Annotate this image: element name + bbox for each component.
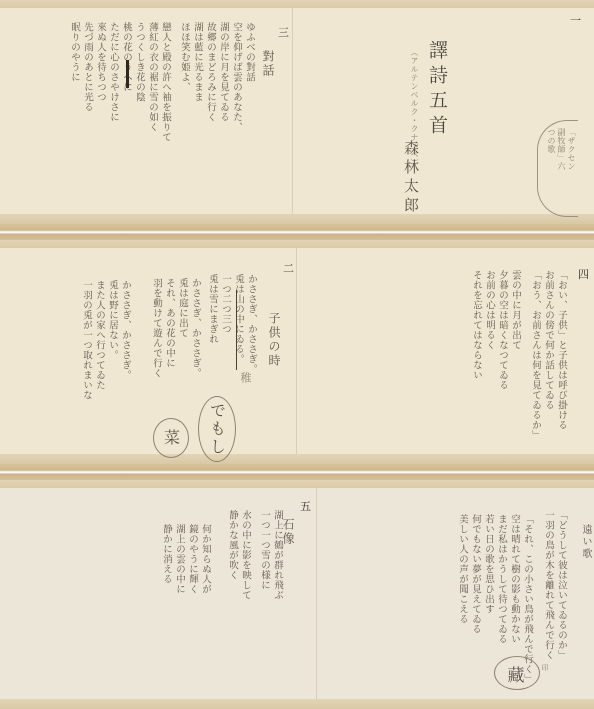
section-number: 二 [283,260,294,276]
poem-line: 戀人と殿の許へ袖を振りて [160,22,171,142]
manuscript-scroll-top: 一 三 譯詩五首 （アルテンベルク・クナッペ） 森林太郎 「ザクセン副牧師」六つ… [0,0,594,224]
section-number: 四 [578,266,589,282]
mount-border [0,214,594,224]
poem-line: 雲の中に月が出て [510,270,521,350]
paper-seam [292,8,293,216]
poem-line: 湖上の雲の中に [174,524,185,594]
poem-line: 鏡のやうに輝く [187,524,198,594]
poem-heading: 石像 [282,518,293,546]
stamp-note: 印 [539,664,550,672]
poem-line: 兎は雪にまぎれ [207,274,218,344]
section-number: 五 [300,498,311,514]
poem-line: 一つ二つ三つ [220,274,231,334]
poem-line: 薄紅の衣の裾に雪の如く [147,22,158,132]
circled-mark: でもし [198,396,236,462]
poem-line: 兎は山の中にゐる。 [233,274,244,364]
revision-line [236,290,237,370]
paper-seam [296,248,297,456]
section-number: 一 [570,12,581,28]
poem-line: 「どうして彼は泣いてゐるのか」 [556,510,567,660]
poem-line: ただに心のさやけさに [108,22,119,122]
poem-line: 空を仰げば雲のあなた、 [231,22,242,132]
poem-line: 一つ一つ雪の様に [259,510,270,590]
poem-line: 空は晴れて樹の影も動かない [509,514,520,644]
poem-line: お前さんの傍で何か話してゐる [543,270,554,410]
poem-line: 静かに消える [161,524,172,584]
poem-line: 美しい人の声が聞こえる [457,514,468,624]
poem-line: 先づ雨のあとに光る [82,22,93,112]
poem-line: お前の心は明るく [484,270,495,350]
poem-line: うつくしき花の陰 [134,22,145,102]
poem-line: 「おい、子供」と子供は呼び掛ける [556,270,567,430]
poem-line: 湖の岸に月を見てゐる [218,22,229,122]
poem-line: ほほ笑む姫よ、 [179,22,190,92]
deletion-mark [126,60,129,88]
margin-note: 「ザクセン副牧師」六つの歌 [546,128,576,178]
poem-line: 湖は藍に光るまま [192,22,203,102]
poem-line: ゆふべの對話 [244,22,255,82]
poem-line: 「おう、お前さんは何を見てゐるか」 [530,270,541,440]
scroll-separator [0,464,594,480]
author-name: 森林太郎 [405,140,416,216]
poem-line: それを忘れてはならない [471,270,482,380]
poem-line: 兎は庭に出て [177,278,188,338]
manuscript-scroll-bottom: 五 石像 湖上に鶴が群れ飛ぶ 一つ一つ雪の様に 水の中に影を映して 静かな風が吹… [0,480,594,709]
poem-line: 一羽の兎が一つ取れまいな [81,280,92,400]
poem-line: 何でもない夢が見えてゐる [470,514,481,634]
poem-line: かささぎ、かささぎ。 [246,274,257,374]
paper-seam [316,488,317,701]
poem-heading: 子供の時 [268,312,279,368]
circled-mark-text: でもし [206,402,229,456]
collector-stamp: 藏 [494,656,540,690]
poem-line: 湖上に鶴が群れ飛ぶ [272,510,283,600]
correction-note: 稚 [240,372,251,384]
circled-mark-text: 菜 [160,429,183,447]
stamp-text: 藏 [508,661,527,686]
poem-line: 夕暮の空は暗くなつてゐる [497,270,508,390]
poem-line: 眠りのやうに [69,22,80,82]
mount-border [0,699,594,709]
poem-line: 何か知らぬ人が [200,524,211,594]
section-number: 三 [278,24,289,40]
poem-line: 來ぬ人を待ちつつ [95,22,106,102]
mount-border [0,454,594,464]
poem-line: かささぎ、かささぎ。 [120,280,131,380]
poem-heading: 對話 [262,50,273,78]
poem-line: 兎は野に居ない。 [107,280,118,360]
poem-line: 水の中に影を映して [240,510,251,600]
poem-line: また人の家へ行つてゐた [94,280,105,390]
poem-line: 故郷のまどろみに行く [205,22,216,122]
poem-line: 羽を動けて遊んで行く [151,278,162,378]
poem-line: まだ私はかうして待つてゐる [496,514,507,644]
circled-mark: 菜 [153,418,189,458]
manuscript-scroll-middle: 四 二 子供の時 かささぎ、かささぎ。 兎は山の中にゐる。 一つ二つ三つ 兎は雪… [0,240,594,464]
poem-line: 静かな風が吹く [227,510,238,580]
title: 譯詩五首 [427,40,447,140]
right-heading: 遠い歌 [580,524,591,560]
poem-line: それ、あの花の中に [164,278,175,368]
poem-line: 一羽の鳥が木を離れて飛んで行く [543,510,554,660]
poem-line: 若い日の歌を思ひ出す [483,514,494,614]
poem-line: かささぎ、かささぎ。 [190,278,201,378]
scroll-separator [0,224,594,240]
